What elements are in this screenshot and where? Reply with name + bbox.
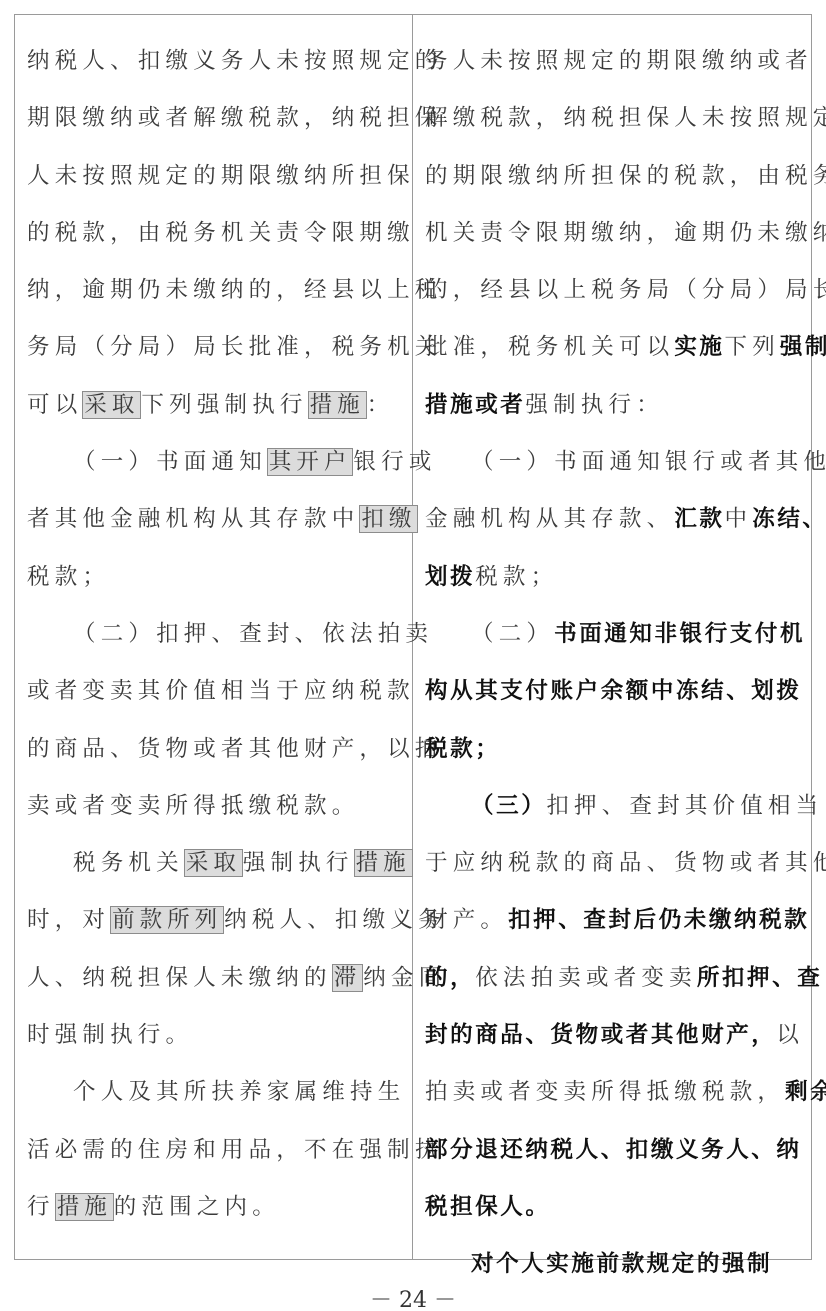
text-segment: 税款； — [27, 564, 110, 590]
text-segment: 下列强制执行 — [141, 392, 307, 418]
text-segment: 纳税人、扣缴义务人未按照规定的 — [27, 48, 443, 74]
bold-revision: 的， — [425, 965, 475, 991]
bold-revision: 剩余 — [785, 1079, 826, 1105]
text-line: 封的商品、货物或者其他财产，以 — [425, 1007, 801, 1064]
text-segment: 扣押、查封其价值相当 — [546, 793, 823, 819]
text-line: 卖或者变卖所得抵缴税款。 — [27, 778, 402, 835]
highlighted-deletion: 滞 — [332, 964, 364, 992]
highlighted-deletion: 扣缴 — [359, 505, 418, 533]
highlighted-deletion: 其开户 — [267, 448, 354, 476]
text-line: 于应纳税款的商品、货物或者其他 — [425, 835, 801, 892]
text-line: 税担保人。 — [425, 1179, 801, 1236]
text-segment: 人未按照规定的期限缴纳所担保 — [27, 163, 415, 189]
page-number: － 24 － — [0, 1283, 826, 1311]
highlighted-deletion: 措施 — [55, 1193, 114, 1221]
text-line: 解缴税款，纳税担保人未按照规定 — [425, 90, 801, 147]
bold-revision: 汇款 — [674, 506, 724, 532]
text-line: 批准，税务机关可以实施下列强制 — [425, 319, 801, 376]
text-segment: ： — [367, 392, 395, 418]
text-segment: 时强制执行。 — [27, 1022, 193, 1048]
text-line: 务局（分局）局长批准，税务机关 — [27, 319, 402, 376]
text-line: 时，对前款所列纳税人、扣缴义务 — [27, 892, 402, 949]
text-segment: 强制执行： — [525, 392, 664, 418]
bold-revision: 税担保人。 — [425, 1194, 551, 1220]
text-line: 纳，逾期仍未缴纳的，经县以上税 — [27, 262, 402, 319]
text-segment: （二）扣押、查封、依法拍卖 — [73, 621, 433, 647]
text-segment: 下列 — [725, 334, 780, 360]
comparison-table: 纳税人、扣缴义务人未按照规定的期限缴纳或者解缴税款，纳税担保人未按照规定的期限缴… — [14, 14, 812, 1260]
text-line: 措施或者强制执行： — [425, 377, 801, 434]
text-segment: 金融机构从其存款、 — [425, 506, 674, 532]
text-line: （一）书面通知其开户银行或 — [27, 434, 402, 491]
text-segment: （二） — [471, 621, 554, 647]
text-segment: 以 — [776, 1022, 804, 1048]
bold-revision: 实施 — [674, 334, 724, 360]
bold-revision: 税款； — [425, 736, 500, 762]
text-line: 构从其支付账户余额中冻结、划拨 — [425, 663, 801, 720]
text-line: 的税款，由税务机关责令限期缴 — [27, 205, 402, 262]
text-segment: 的商品、货物或者其他财产，以拍 — [27, 736, 443, 762]
text-segment: 的范围之内。 — [114, 1194, 280, 1220]
text-line: 人未按照规定的期限缴纳所担保 — [27, 148, 402, 205]
highlighted-deletion: 措施 — [308, 391, 367, 419]
bold-revision: 所扣押、查 — [697, 965, 823, 991]
text-segment: 于应纳税款的商品、货物或者其他 — [425, 850, 826, 876]
text-line: 活必需的住房和用品，不在强制执 — [27, 1122, 402, 1179]
text-line: 机关责令限期缴纳，逾期仍未缴纳 — [425, 205, 801, 262]
text-segment: 批准，税务机关可以 — [425, 334, 674, 360]
text-line: 或者变卖其价值相当于应纳税款 — [27, 663, 402, 720]
bold-revision: （三） — [471, 793, 546, 819]
bold-revision: 划拨 — [425, 564, 475, 590]
text-line: 纳税人、扣缴义务人未按照规定的 — [27, 33, 402, 90]
text-segment: 拍卖或者变卖所得抵缴税款， — [425, 1079, 785, 1105]
text-line: （二）扣押、查封、依法拍卖 — [27, 606, 402, 663]
text-segment: 中 — [725, 506, 753, 532]
text-line: 金融机构从其存款、汇款中冻结、 — [425, 491, 801, 548]
bold-revision: 构从其支付账户余额中冻结、划拨 — [425, 678, 802, 704]
text-segment: （一）书面通知银行或者其他 — [471, 449, 826, 475]
text-segment: 解缴税款，纳税担保人未按照规定 — [425, 105, 826, 131]
text-line: 税款； — [27, 549, 402, 606]
highlighted-deletion: 措施 — [354, 849, 413, 877]
text-line: 部分退还纳税人、扣缴义务人、纳 — [425, 1122, 801, 1179]
bold-revision: 书面通知非银行支付机 — [554, 621, 805, 647]
text-segment: 务人未按照规定的期限缴纳或者 — [425, 48, 813, 74]
text-line: 务人未按照规定的期限缴纳或者 — [425, 33, 801, 90]
text-line: 行措施的范围之内。 — [27, 1179, 402, 1236]
text-segment: 纳，逾期仍未缴纳的，经县以上税 — [27, 277, 443, 303]
bold-revision: 部分退还纳税人、扣缴义务人、纳 — [425, 1137, 802, 1163]
text-segment: 或者变卖其价值相当于应纳税款 — [27, 678, 415, 704]
text-line: 的，依法拍卖或者变卖所扣押、查 — [425, 950, 801, 1007]
text-segment: 者其他金融机构从其存款中 — [27, 506, 359, 532]
text-line: 税务机关采取强制执行措施 — [27, 835, 402, 892]
original-text-column: 纳税人、扣缴义务人未按照规定的期限缴纳或者解缴税款，纳税担保人未按照规定的期限缴… — [15, 15, 413, 1259]
text-segment: 人、纳税担保人未缴纳的 — [27, 965, 332, 991]
text-segment: 的，经县以上税务局（分局）局长 — [425, 277, 826, 303]
text-segment: 期限缴纳或者解缴税款，纳税担保 — [27, 105, 443, 131]
text-segment: 的期限缴纳所担保的税款，由税务 — [425, 163, 826, 189]
text-segment: 税款； — [475, 564, 558, 590]
text-line: 的期限缴纳所担保的税款，由税务 — [425, 148, 801, 205]
text-line: 税款； — [425, 721, 801, 778]
text-segment: （一）书面通知 — [73, 449, 267, 475]
bold-revision: 对个人实施前款规定的强制 — [471, 1251, 772, 1277]
bold-revision: 扣押、查封后仍未缴纳税款 — [508, 907, 809, 933]
text-line: 可以采取下列强制执行措施： — [27, 377, 402, 434]
text-segment: 活必需的住房和用品，不在强制执 — [27, 1137, 443, 1163]
text-line: 时强制执行。 — [27, 1007, 402, 1064]
text-line: 的商品、货物或者其他财产，以拍 — [27, 721, 402, 778]
text-line: 人、纳税担保人未缴纳的滞纳金同 — [27, 950, 402, 1007]
text-segment: 的税款，由税务机关责令限期缴 — [27, 220, 415, 246]
text-segment: 可以 — [27, 392, 82, 418]
text-line: 个人及其所扶养家属维持生 — [27, 1064, 402, 1121]
highlighted-deletion: 前款所列 — [110, 906, 224, 934]
bold-revision: 措施或者 — [425, 392, 525, 418]
text-line: （二）书面通知非银行支付机 — [425, 606, 801, 663]
text-segment: 财产。 — [425, 907, 508, 933]
highlighted-deletion: 采取 — [82, 391, 141, 419]
revised-text-column: 务人未按照规定的期限缴纳或者解缴税款，纳税担保人未按照规定的期限缴纳所担保的税款… — [413, 15, 811, 1259]
text-segment: 税务机关 — [73, 850, 184, 876]
bold-revision: 强制 — [780, 334, 826, 360]
bold-revision: 冻结、 — [752, 506, 826, 532]
text-segment: 卖或者变卖所得抵缴税款。 — [27, 793, 359, 819]
text-line: （三）扣押、查封其价值相当 — [425, 778, 801, 835]
text-line: 期限缴纳或者解缴税款，纳税担保 — [27, 90, 402, 147]
highlighted-deletion: 采取 — [184, 849, 243, 877]
text-line: 拍卖或者变卖所得抵缴税款，剩余 — [425, 1064, 801, 1121]
text-line: 的，经县以上税务局（分局）局长 — [425, 262, 801, 319]
text-segment: 个人及其所扶养家属维持生 — [73, 1079, 405, 1105]
text-line: 财产。扣押、查封后仍未缴纳税款 — [425, 892, 801, 949]
text-segment: 依法拍卖或者变卖 — [475, 965, 697, 991]
text-segment: 行 — [27, 1194, 55, 1220]
bold-revision: 封的商品、货物或者其他财产， — [425, 1022, 776, 1048]
text-line: 划拨税款； — [425, 549, 801, 606]
text-segment: 时，对 — [27, 907, 110, 933]
text-segment: 机关责令限期缴纳，逾期仍未缴纳 — [425, 220, 826, 246]
text-segment: 务局（分局）局长批准，税务机关 — [27, 334, 443, 360]
text-line: 者其他金融机构从其存款中扣缴 — [27, 491, 402, 548]
text-segment: 强制执行 — [243, 850, 354, 876]
text-line: （一）书面通知银行或者其他 — [425, 434, 801, 491]
